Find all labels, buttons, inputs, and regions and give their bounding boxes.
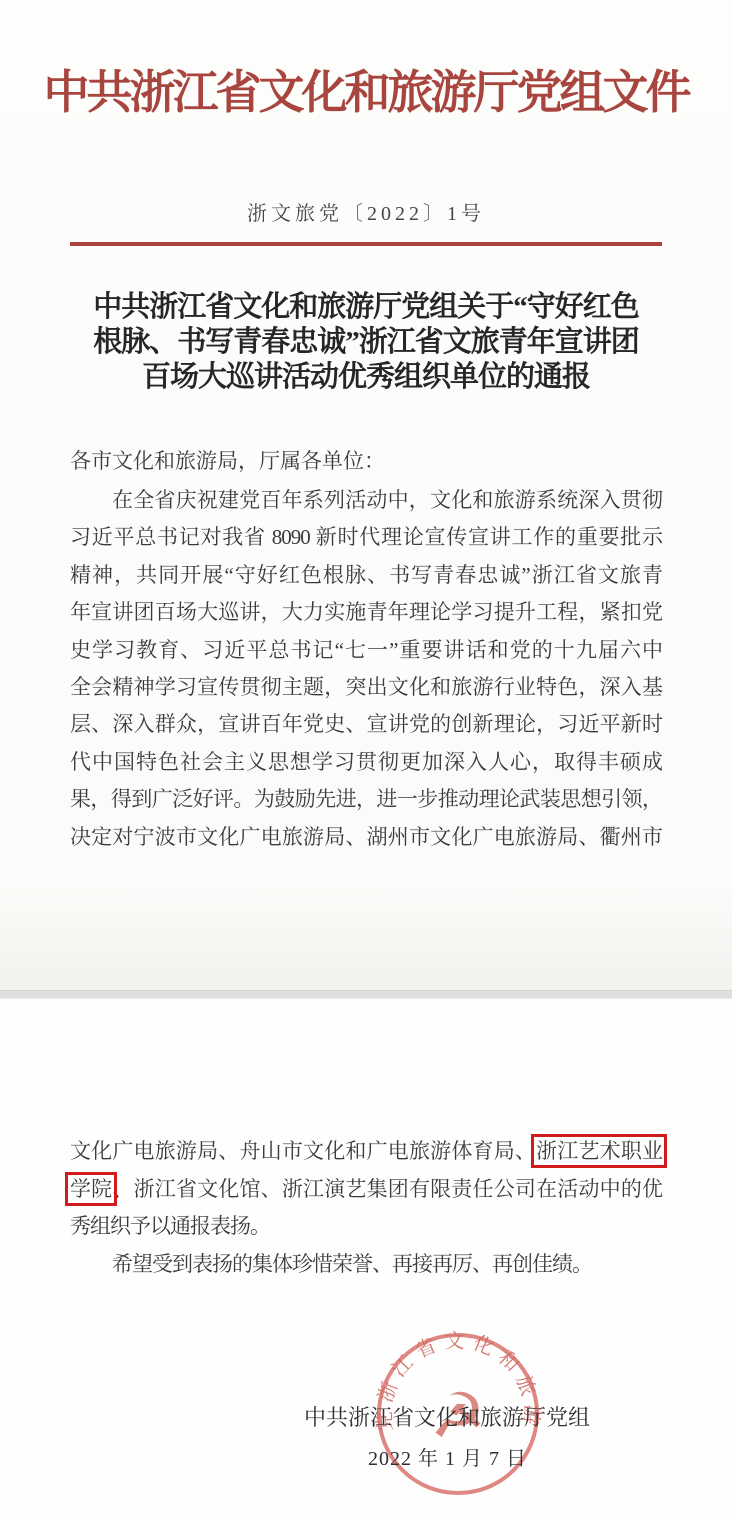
body-text: 文化广电旅游局、舟山市文化和广电旅游体育局、 [70,1139,536,1163]
body-line: 层、深入群众，宣讲百年党史、宣讲党的创新理论，习近平新时 [70,706,662,743]
highlight-box-zhejiang-art: 浙江艺术职业 [536,1139,662,1163]
body-line: 精神，共同开展“守好红色根脉、书写青春忠诚”浙江省文旅青 [70,557,662,594]
notice-title-line: 根脉、书写青春忠诚”浙江省文旅青年宣讲团 [52,325,680,360]
highlight-box-college: 学院 [70,1177,112,1201]
letterhead-title: 中共浙江省文化和旅游厅党组文件 [20,56,712,122]
body-paragraph-page2: 文化广电旅游局、舟山市文化和广电旅游体育局、浙江艺术职业 学院、浙江省文化馆、浙… [70,1133,662,1283]
body-line: 决定对宁波市文化广电旅游局、湖州市文化广电旅游局、衢州市 [70,819,662,856]
salutation: 各市文化和旅游局，厅属各单位： [70,445,385,475]
notice-title: 中共浙江省文化和旅游厅党组关于“守好红色 根脉、书写青春忠诚”浙江省文旅青年宣讲… [52,290,680,395]
body-line: 希望受到表扬的集体珍惜荣誉、再接再厉、再创佳绩。 [70,1246,662,1284]
document-scan: 中共浙江省文化和旅游厅党组文件 浙文旅党〔2022〕1号 中共浙江省文化和旅游厅… [0,0,732,1518]
body-line: 果，得到广泛好评。为鼓励先进，进一步推动理论武装思想引领， [70,781,662,818]
body-line: 习近平总书记对我省 8090 新时代理论宣传宣讲工作的重要批示 [70,519,662,556]
body-line: 文化广电旅游局、舟山市文化和广电旅游体育局、浙江艺术职业 [70,1133,662,1171]
body-line: 年宣讲团百场大巡讲，大力实施青年理论学习提升工程，紧扣党 [70,594,662,631]
body-line: 代中国特色社会主义思想学习贯彻更加深入人心，取得丰硕成 [70,744,662,781]
body-paragraph-page1: 在全省庆祝建党百年系列活动中，文化和旅游系统深入贯彻习近平总书记对我省 8090… [70,482,662,856]
body-text: 、浙江省文化馆、浙江演艺集团有限责任公司在活动中的优 [112,1177,662,1201]
body-line: 学院、浙江省文化馆、浙江演艺集团有限责任公司在活动中的优 [70,1171,662,1209]
document-number: 浙文旅党〔2022〕1号 [0,197,732,226]
red-divider-rule [70,242,662,246]
page-1: 中共浙江省文化和旅游厅党组文件 浙文旅党〔2022〕1号 中共浙江省文化和旅游厅… [0,0,732,990]
body-line: 史学习教育、习近平总书记“七一”重要讲话和党的十九届六中 [70,632,662,669]
body-line: 在全省庆祝建党百年系列活动中，文化和旅游系统深入贯彻 [70,482,662,519]
notice-title-line: 百场大巡讲活动优秀组织单位的通报 [52,360,680,395]
document-date: 2022 年 1 月 7 日 [330,1442,565,1471]
signing-organization: 中共浙江省文化和旅游厅党组 [0,1401,590,1432]
body-line: 秀组织予以通报表扬。 [70,1208,662,1246]
notice-title-line: 中共浙江省文化和旅游厅党组关于“守好红色 [52,290,680,325]
page-separator [0,990,732,999]
body-line: 全会精神学习宣传贯彻主题，突出文化和旅游行业特色，深入基 [70,669,662,706]
